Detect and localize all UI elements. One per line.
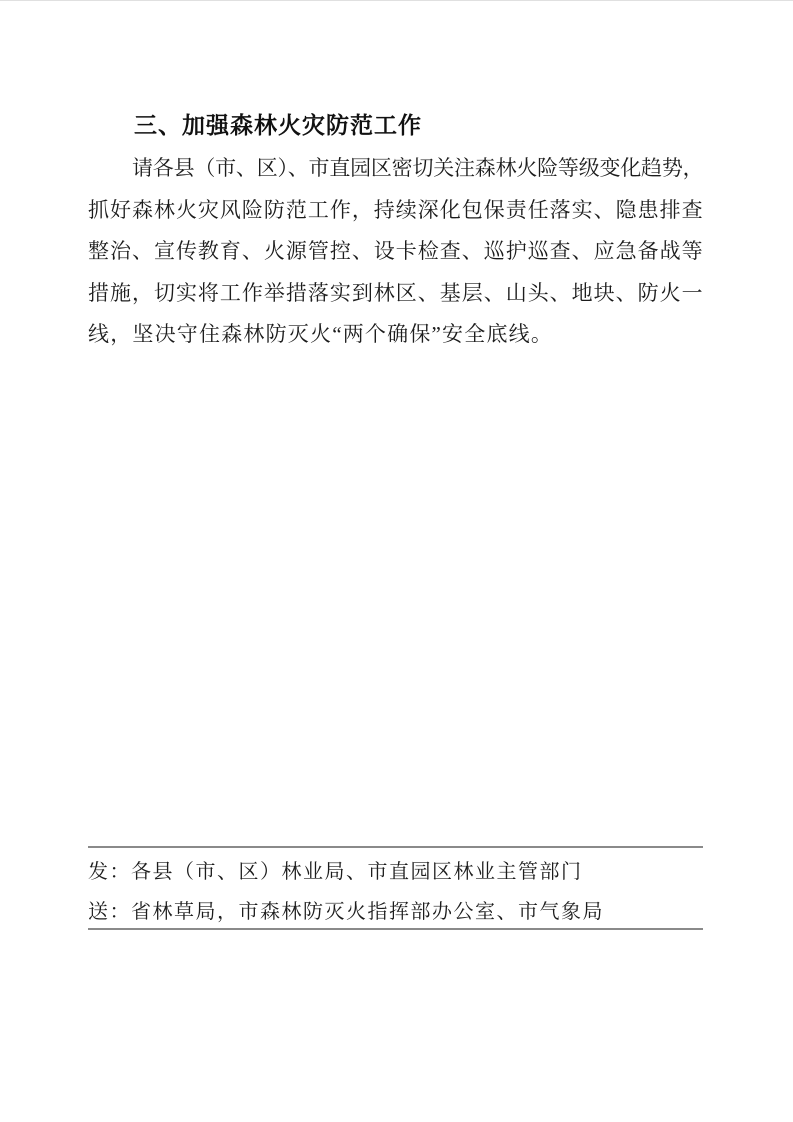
paragraph-line-5: 线，坚决守住森林防灭火“两个确保”安全底线。 (88, 314, 703, 356)
footer-rule-top (88, 846, 703, 848)
document-page: 三、加强森林火灾防范工作 请各县（市、区）、市直园区密切关注森林火险等级变化趋势… (0, 0, 793, 1122)
paragraph-line-3: 整治、宣传教育、火源管控、设卡检查、巡护巡查、应急备战等 (88, 231, 703, 273)
distribution-issued-line: 发：各县（市、区）林业局、市直园区林业主管部门 (88, 858, 703, 886)
page-top-divider (0, 0, 793, 1)
paragraph-line-2: 抓好森林火灾风险防范工作，持续深化包保责任落实、隐患排查 (88, 190, 703, 232)
body-paragraph: 请各县（市、区）、市直园区密切关注森林火险等级变化趋势， 抓好森林火灾风险防范工… (88, 148, 703, 356)
footer-rule-bottom (88, 928, 703, 930)
distribution-sent-line: 送：省林草局，市森林防灭火指挥部办公室、市气象局 (88, 898, 703, 926)
section-heading: 三、加强森林火灾防范工作 (88, 108, 749, 142)
paragraph-line-1: 请各县（市、区）、市直园区密切关注森林火险等级变化趋势， (88, 148, 703, 190)
paragraph-line-4: 措施，切实将工作举措落实到林区、基层、山头、地块、防火一 (88, 273, 703, 315)
